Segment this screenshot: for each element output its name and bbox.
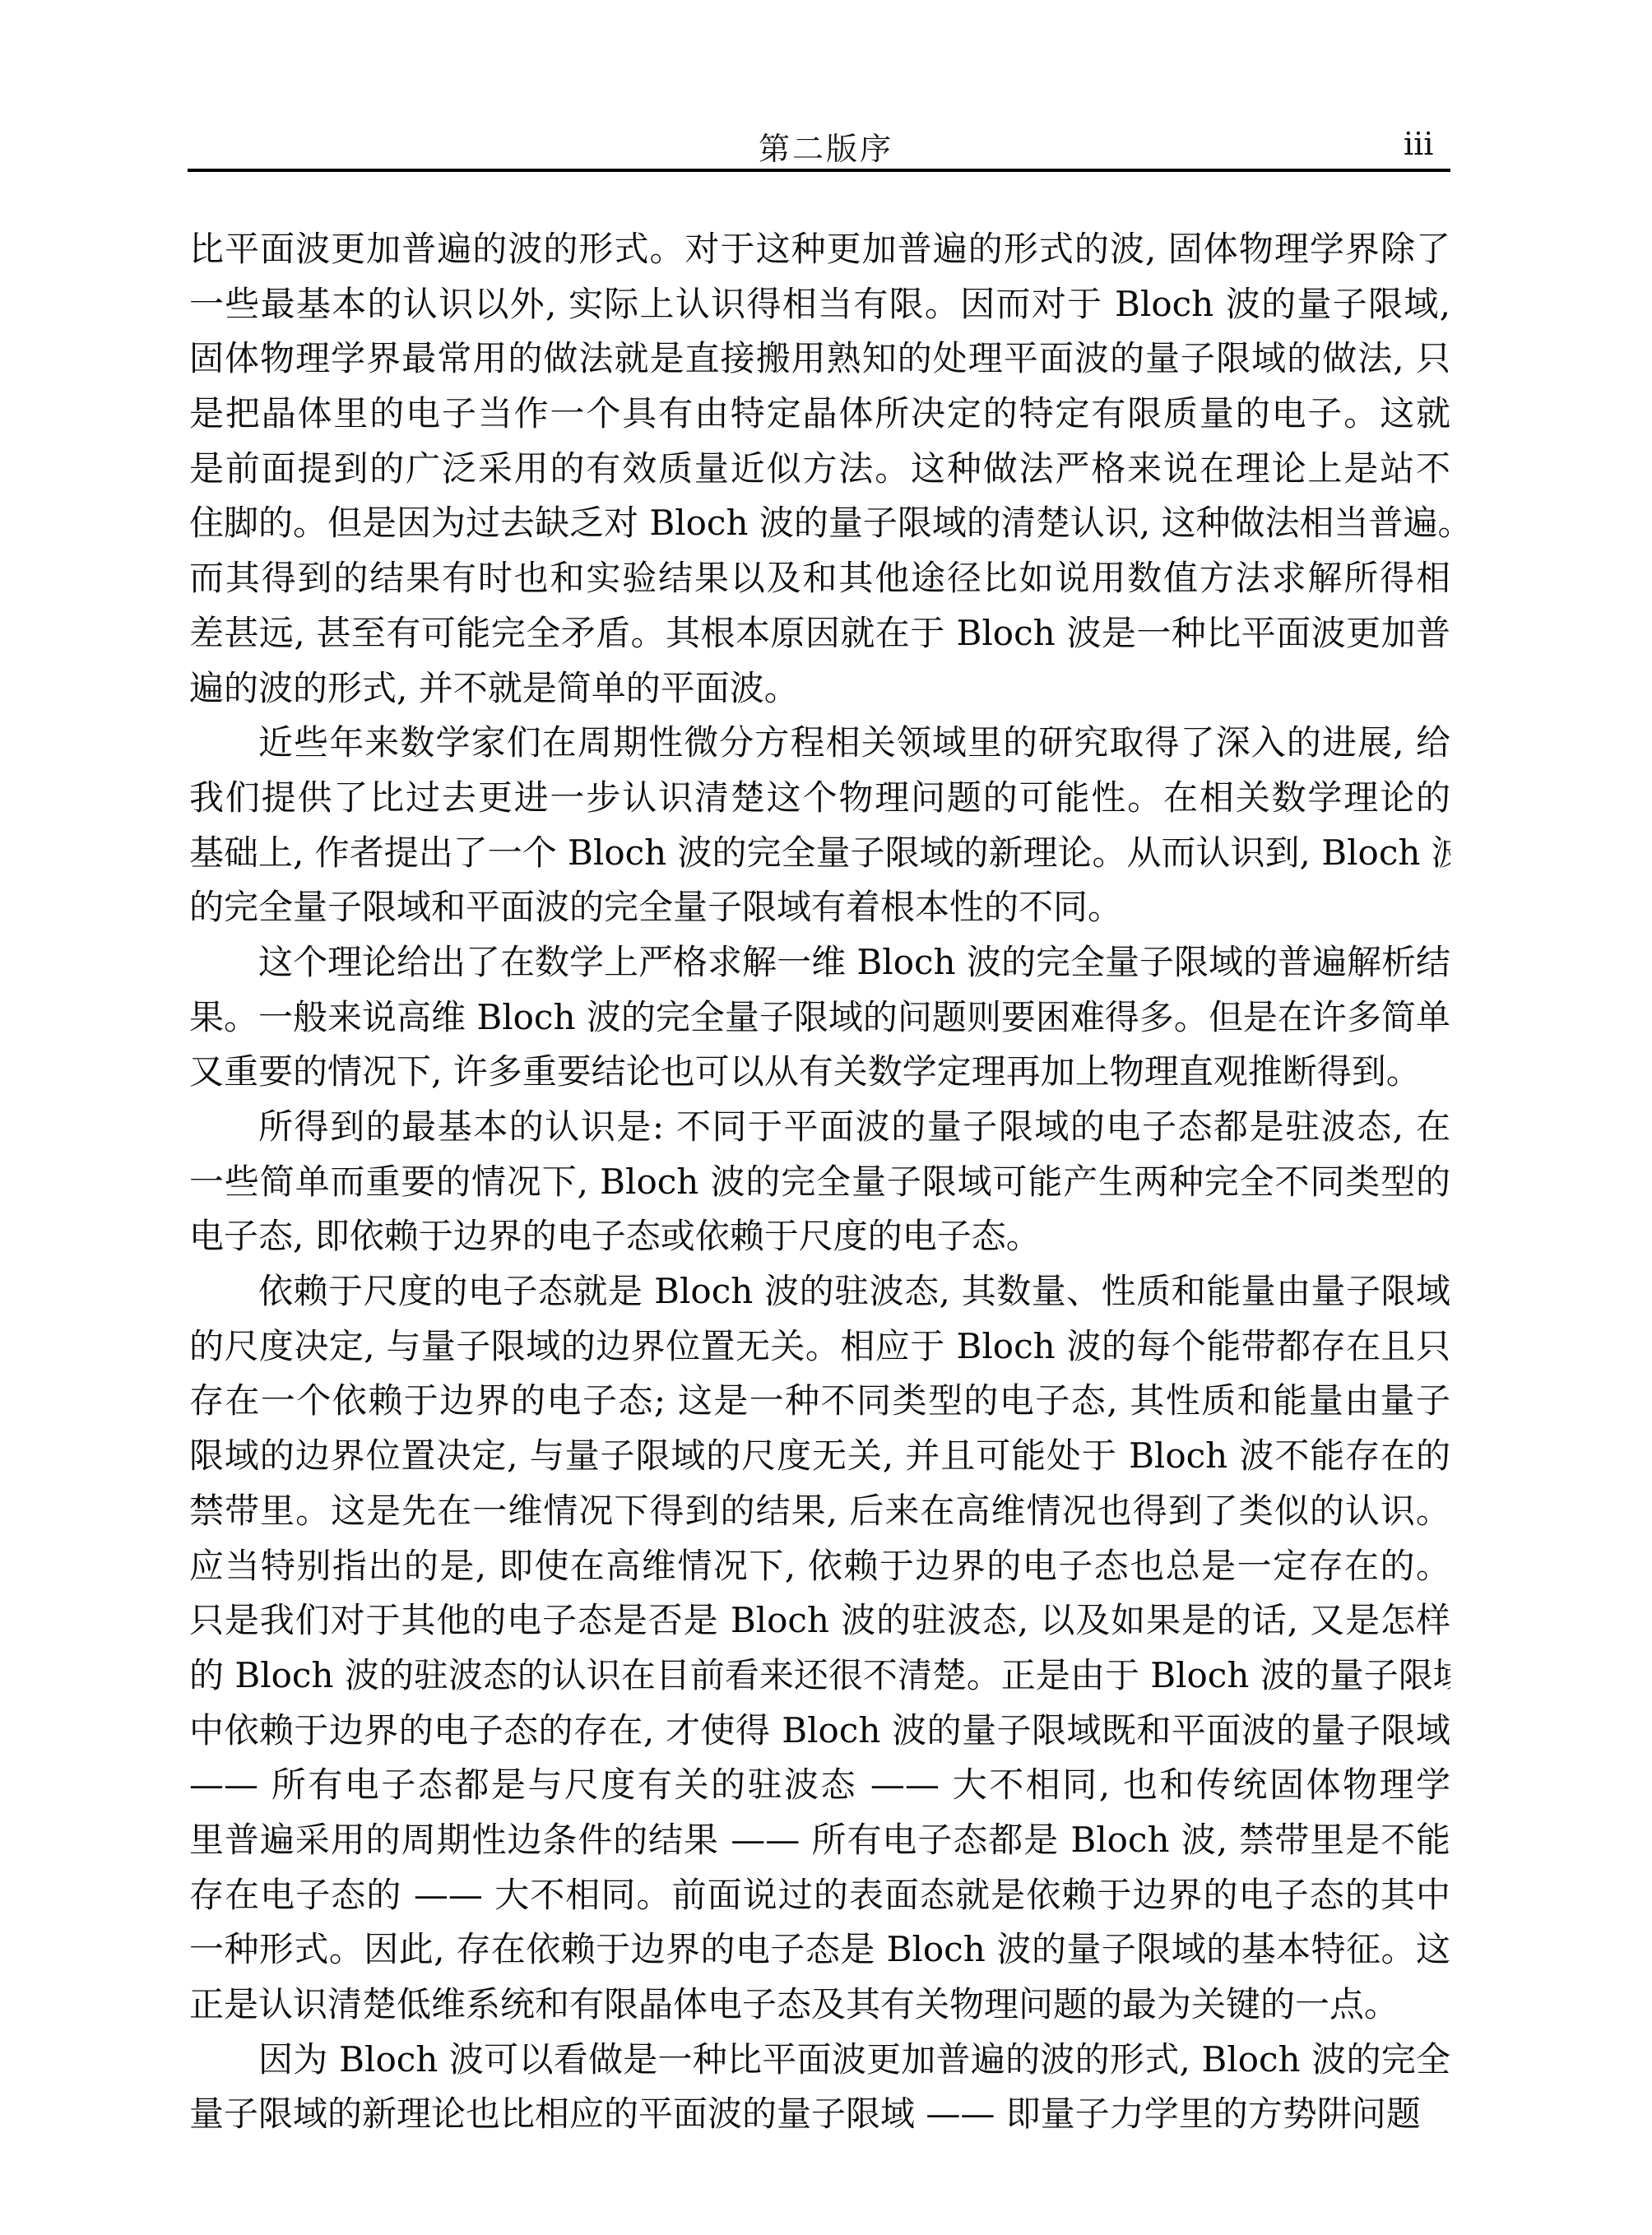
text-line: 比平面波更加普遍的波的形式。对于这种更加普遍的形式的波, 固体物理学界除了 bbox=[189, 222, 1450, 277]
text-line: 一种形式。因此, 存在依赖于边界的电子态是 Bloch 波的量子限域的基本特征。… bbox=[189, 1922, 1450, 1978]
text-line: 电子态, 即依赖于边界的电子态或依赖于尺度的电子态。 bbox=[189, 1209, 1450, 1264]
text-line: 是把晶体里的电子当作一个具有由特定晶体所决定的特定有限质量的电子。这就 bbox=[189, 387, 1450, 442]
text-line: 量子限域的新理论也比相应的平面波的量子限域 —— 即量子力学里的方势阱问题 bbox=[189, 2087, 1450, 2142]
text-line: 遍的波的形式, 并不就是简单的平面波。 bbox=[189, 661, 1450, 716]
text-line: 一些简单而重要的情况下, Bloch 波的完全量子限域可能产生两种完全不同类型的 bbox=[189, 1155, 1450, 1210]
text-line: 中依赖于边界的电子态的存在, 才使得 Bloch 波的量子限域既和平面波的量子限… bbox=[189, 1704, 1450, 1759]
text-line: 这个理论给出了在数学上严格求解一维 Bloch 波的完全量子限域的普遍解析结 bbox=[189, 935, 1450, 990]
preface-body-text: 比平面波更加普遍的波的形式。对于这种更加普遍的形式的波, 固体物理学界除了一些最… bbox=[189, 222, 1450, 2142]
text-line: 固体物理学界最常用的做法就是直接搬用熟知的处理平面波的量子限域的做法, 只 bbox=[189, 332, 1450, 387]
text-line: 又重要的情况下, 许多重要结论也可以从有关数学定理再加上物理直观推断得到。 bbox=[189, 1045, 1450, 1100]
text-line: 是前面提到的广泛采用的有效质量近似方法。这种做法严格来说在理论上是站不 bbox=[189, 442, 1450, 497]
text-line: 一些最基本的认识以外, 实际上认识得相当有限。因而对于 Bloch 波的量子限域… bbox=[189, 277, 1450, 332]
text-line: 存在电子态的 —— 大不相同。前面说过的表面态就是依赖于边界的电子态的其中 bbox=[189, 1868, 1450, 1923]
text-line: 所得到的最基本的认识是: 不同于平面波的量子限域的电子态都是驻波态, 在 bbox=[189, 1100, 1450, 1155]
text-line: 近些年来数学家们在周期性微分方程相关领域里的研究取得了深入的进展, 给 bbox=[189, 716, 1450, 771]
text-line: 住脚的。但是因为过去缺乏对 Bloch 波的量子限域的清楚认识, 这种做法相当普… bbox=[189, 496, 1450, 551]
text-line: —— 所有电子态都是与尺度有关的驻波态 —— 大不相同, 也和传统固体物理学 bbox=[189, 1758, 1450, 1813]
header-rule bbox=[188, 169, 1450, 172]
text-line: 因为 Bloch 波可以看做是一种比平面波更加普遍的波的形式, Bloch 波的… bbox=[189, 2033, 1450, 2088]
text-line: 存在一个依赖于边界的电子态; 这是一种不同类型的电子态, 其性质和能量由量子 bbox=[189, 1374, 1450, 1429]
text-line: 的尺度决定, 与量子限域的边界位置无关。相应于 Bloch 波的每个能带都存在且… bbox=[189, 1319, 1450, 1375]
text-line: 的 Bloch 波的驻波态的认识在目前看来还很不清楚。正是由于 Bloch 波的… bbox=[189, 1648, 1450, 1704]
text-line: 正是认识清楚低维系统和有限晶体电子态及其有关物理问题的最为关键的一点。 bbox=[189, 1978, 1450, 2033]
text-line: 只是我们对于其他的电子态是否是 Bloch 波的驻波态, 以及如果是的话, 又是… bbox=[189, 1593, 1450, 1648]
text-line: 差甚远, 甚至有可能完全矛盾。其根本原因就在于 Bloch 波是一种比平面波更加… bbox=[189, 606, 1450, 661]
document-page: 第二版序 iii 比平面波更加普遍的波的形式。对于这种更加普遍的形式的波, 固体… bbox=[0, 0, 1652, 2235]
text-line: 依赖于尺度的电子态就是 Bloch 波的驻波态, 其数量、性质和能量由量子限域 bbox=[189, 1264, 1450, 1319]
text-line: 应当特别指出的是, 即使在高维情况下, 依赖于边界的电子态也总是一定存在的。 bbox=[189, 1539, 1450, 1594]
text-line: 果。一般来说高维 Bloch 波的完全量子限域的问题则要困难得多。但是在许多简单… bbox=[189, 990, 1450, 1046]
text-line: 里普遍采用的周期性边条件的结果 —— 所有电子态都是 Bloch 波, 禁带里是… bbox=[189, 1813, 1450, 1868]
text-line: 基础上, 作者提出了一个 Bloch 波的完全量子限域的新理论。从而认识到, B… bbox=[189, 826, 1450, 881]
text-line: 禁带里。这是先在一维情况下得到的结果, 后来在高维情况也得到了类似的认识。 bbox=[189, 1484, 1450, 1539]
page-number: iii bbox=[1404, 126, 1433, 162]
text-line: 我们提供了比过去更进一步认识清楚这个物理问题的可能性。在相关数学理论的 bbox=[189, 771, 1450, 826]
text-line: 的完全量子限域和平面波的完全量子限域有着根本性的不同。 bbox=[189, 880, 1450, 935]
text-line: 而其得到的结果有时也和实验结果以及和其他途径比如说用数值方法求解所得相 bbox=[189, 551, 1450, 606]
text-line: 限域的边界位置决定, 与量子限域的尺度无关, 并且可能处于 Bloch 波不能存… bbox=[189, 1429, 1450, 1484]
